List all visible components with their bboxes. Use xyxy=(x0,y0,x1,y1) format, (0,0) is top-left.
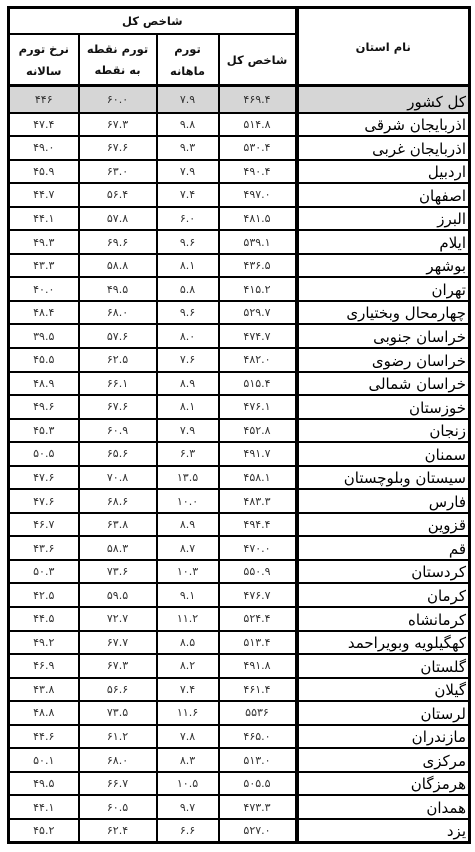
header-row-group: نام استان شاخص کل xyxy=(9,8,470,35)
province-name-cell: البرز xyxy=(297,207,470,231)
monthly-inflation-column-header: تورم ماهانه xyxy=(157,34,219,86)
annual-inflation-cell: ۴۹.۰ xyxy=(9,136,79,160)
point-inflation-cell: ۵۹.۵ xyxy=(79,583,157,607)
table-row: کرمان۴۷۶.۷۹.۱۵۹.۵۴۲.۵ xyxy=(9,583,470,607)
monthly-inflation-cell: ۹.۳ xyxy=(157,136,219,160)
province-name-cell: اذربایجان شرقی xyxy=(297,113,470,137)
province-name-cell: قم xyxy=(297,536,470,560)
table-row: گیلان۴۶۱.۴۷.۴۵۶.۶۴۳.۸ xyxy=(9,678,470,702)
point-inflation-column-header: تورم نقطه به نقطه xyxy=(79,34,157,86)
annual-inflation-cell: ۵۰.۳ xyxy=(9,560,79,584)
table-row: خراسان جنوبی۴۷۴.۷۸.۰۵۷.۶۳۹.۵ xyxy=(9,324,470,348)
province-name-cell: مرکزی xyxy=(297,748,470,772)
annual-inflation-cell: ۴۲.۵ xyxy=(9,583,79,607)
point-inflation-cell: ۷۰.۸ xyxy=(79,466,157,490)
index-cell: ۵۱۴.۸ xyxy=(219,113,297,137)
province-name-cell: قزوین xyxy=(297,513,470,537)
province-name-cell: گلستان xyxy=(297,654,470,678)
province-name-cell: ایلام xyxy=(297,230,470,254)
point-inflation-cell: ۶۷.۳ xyxy=(79,113,157,137)
table-row: مازندران۴۶۵.۰۷.۸۶۱.۲۴۴.۶ xyxy=(9,725,470,749)
index-cell: ۴۷۴.۷ xyxy=(219,324,297,348)
point-inflation-cell: ۵۶.۶ xyxy=(79,678,157,702)
province-name-cell: خوزستان xyxy=(297,395,470,419)
table-row: بوشهر۴۳۶.۵۸.۱۵۸.۸۴۳.۳ xyxy=(9,254,470,278)
index-cell: ۴۵۲.۸ xyxy=(219,419,297,443)
monthly-inflation-cell: ۱۱.۲ xyxy=(157,607,219,631)
annual-header-line2: سالانه xyxy=(10,60,78,82)
monthly-inflation-cell: ۸.۰ xyxy=(157,324,219,348)
point-inflation-cell: ۶۳.۸ xyxy=(79,513,157,537)
table-row: مرکزی۵۱۳.۰۸.۳۶۸.۰۵۰.۱ xyxy=(9,748,470,772)
monthly-inflation-cell: ۷.۹ xyxy=(157,419,219,443)
table-row: یزد۵۲۷.۰۶.۶۶۲.۴۴۵.۲ xyxy=(9,819,470,843)
annual-inflation-cell: ۴۹.۶ xyxy=(9,395,79,419)
monthly-inflation-cell: ۸.۹ xyxy=(157,513,219,537)
province-name-cell: گیلان xyxy=(297,678,470,702)
table-row: زنجان۴۵۲.۸۷.۹۶۰.۹۴۵.۳ xyxy=(9,419,470,443)
table-row: سیستان وبلوچستان۴۵۸.۱۱۳.۵۷۰.۸۴۷.۶ xyxy=(9,466,470,490)
annual-inflation-cell: ۴۳.۶ xyxy=(9,536,79,560)
province-name-cell: کهگیلویه وبویراحمد xyxy=(297,631,470,655)
point-inflation-cell: ۵۸.۳ xyxy=(79,536,157,560)
point-inflation-cell: ۷۳.۵ xyxy=(79,701,157,725)
province-name-cell: خراسان شمالی xyxy=(297,372,470,396)
monthly-inflation-cell: ۶.۶ xyxy=(157,819,219,843)
table-row: لرستان۵۵۳۶۱۱.۶۷۳.۵۴۸.۸ xyxy=(9,701,470,725)
annual-inflation-cell: ۵۰.۵ xyxy=(9,442,79,466)
annual-inflation-cell: ۴۷.۶ xyxy=(9,489,79,513)
annual-inflation-cell: ۴۰.۰ xyxy=(9,277,79,301)
monthly-inflation-cell: ۷.۶ xyxy=(157,348,219,372)
province-name-cell: چهارمحال وبختیاری xyxy=(297,301,470,325)
table-row: ایلام۵۳۹.۱۹.۶۶۹.۶۴۹.۳ xyxy=(9,230,470,254)
table-row: گلستان۴۹۱.۸۸.۲۶۷.۳۴۶.۹ xyxy=(9,654,470,678)
table-row: قم۴۷۰.۰۸.۷۵۸.۳۴۳.۶ xyxy=(9,536,470,560)
province-name-cell: اذربایجان غربی xyxy=(297,136,470,160)
province-name-cell: سیستان وبلوچستان xyxy=(297,466,470,490)
monthly-header-line2: ماهانه xyxy=(158,60,218,82)
annual-inflation-cell: ۴۴۶ xyxy=(9,86,79,113)
table-row: خراسان رضوی۴۸۲.۰۷.۶۶۲.۵۴۵.۵ xyxy=(9,348,470,372)
table-row: کهگیلویه وبویراحمد۵۱۳.۴۸.۵۶۷.۷۴۹.۲ xyxy=(9,631,470,655)
monthly-inflation-cell: ۸.۵ xyxy=(157,631,219,655)
index-cell: ۵۲۷.۰ xyxy=(219,819,297,843)
annual-inflation-cell: ۳۹.۵ xyxy=(9,324,79,348)
point-inflation-cell: ۶۱.۲ xyxy=(79,725,157,749)
monthly-inflation-cell: ۱۰.۳ xyxy=(157,560,219,584)
table-row: کردستان۵۵۰.۹۱۰.۳۷۳.۶۵۰.۳ xyxy=(9,560,470,584)
index-cell: ۴۷۶.۱ xyxy=(219,395,297,419)
point-inflation-cell: ۶۸.۶ xyxy=(79,489,157,513)
province-name-cell: اصفهان xyxy=(297,183,470,207)
point-inflation-cell: ۶۲.۴ xyxy=(79,819,157,843)
province-name-cell: بوشهر xyxy=(297,254,470,278)
table-row: البرز۴۸۱.۵۶.۰۵۷.۸۴۴.۱ xyxy=(9,207,470,231)
monthly-inflation-cell: ۸.۱ xyxy=(157,254,219,278)
index-cell: ۴۶۵.۰ xyxy=(219,725,297,749)
point-header-line1: تورم نقطه xyxy=(80,39,156,59)
index-cell: ۴۸۲.۰ xyxy=(219,348,297,372)
annual-inflation-cell: ۴۹.۳ xyxy=(9,230,79,254)
annual-inflation-cell: ۴۶.۷ xyxy=(9,513,79,537)
index-cell: ۴۹۱.۸ xyxy=(219,654,297,678)
index-cell: ۴۱۵.۲ xyxy=(219,277,297,301)
index-cell: ۴۳۶.۵ xyxy=(219,254,297,278)
annual-inflation-cell: ۴۸.۴ xyxy=(9,301,79,325)
index-cell: ۴۸۱.۵ xyxy=(219,207,297,231)
annual-inflation-cell: ۴۷.۴ xyxy=(9,113,79,137)
monthly-inflation-cell: ۷.۴ xyxy=(157,183,219,207)
point-inflation-cell: ۶۷.۳ xyxy=(79,654,157,678)
point-header-line2: به نقطه xyxy=(80,59,156,81)
monthly-inflation-cell: ۹.۶ xyxy=(157,301,219,325)
index-cell: ۴۶۹.۴ xyxy=(219,86,297,113)
province-name-cell: کردستان xyxy=(297,560,470,584)
province-name-cell: لرستان xyxy=(297,701,470,725)
index-cell: ۴۶۱.۴ xyxy=(219,678,297,702)
total-index-group-header: شاخص کل xyxy=(9,8,297,35)
table-row: فارس۴۸۳.۳۱۰.۰۶۸.۶۴۷.۶ xyxy=(9,489,470,513)
point-inflation-cell: ۵۷.۶ xyxy=(79,324,157,348)
point-inflation-cell: ۶۷.۶ xyxy=(79,136,157,160)
province-name-cell: سمنان xyxy=(297,442,470,466)
index-cell: ۴۹۷.۰ xyxy=(219,183,297,207)
table-row: اذربایجان غربی۵۳۰.۴۹.۳۶۷.۶۴۹.۰ xyxy=(9,136,470,160)
inflation-table: نام استان شاخص کل شاخص کل تورم ماهانه تو… xyxy=(7,6,471,844)
annual-inflation-cell: ۴۵.۲ xyxy=(9,819,79,843)
table-row: تهران۴۱۵.۲۵.۸۴۹.۵۴۰.۰ xyxy=(9,277,470,301)
index-cell: ۴۷۳.۳ xyxy=(219,795,297,819)
annual-inflation-cell: ۴۵.۳ xyxy=(9,419,79,443)
annual-inflation-cell: ۴۶.۹ xyxy=(9,654,79,678)
table-row: قزوین۴۹۴.۴۸.۹۶۳.۸۴۶.۷ xyxy=(9,513,470,537)
province-name-cell: تهران xyxy=(297,277,470,301)
annual-inflation-cell: ۴۴.۷ xyxy=(9,183,79,207)
table-row: خوزستان۴۷۶.۱۸.۱۶۷.۶۴۹.۶ xyxy=(9,395,470,419)
annual-inflation-cell: ۴۸.۸ xyxy=(9,701,79,725)
index-cell: ۵۱۳.۰ xyxy=(219,748,297,772)
table-row-country-total: کل کشور۴۶۹.۴۷.۹۶۰.۰۴۴۶ xyxy=(9,86,470,113)
annual-inflation-cell: ۴۸.۹ xyxy=(9,372,79,396)
index-cell: ۴۹۱.۷ xyxy=(219,442,297,466)
monthly-inflation-cell: ۸.۲ xyxy=(157,654,219,678)
index-cell: ۵۵۰.۹ xyxy=(219,560,297,584)
index-cell: ۴۷۰.۰ xyxy=(219,536,297,560)
point-inflation-cell: ۶۹.۶ xyxy=(79,230,157,254)
province-name-cell: مازندران xyxy=(297,725,470,749)
province-name-header: نام استان xyxy=(297,8,470,86)
province-name-cell: زنجان xyxy=(297,419,470,443)
annual-inflation-cell: ۴۳.۳ xyxy=(9,254,79,278)
index-cell: ۴۵۸.۱ xyxy=(219,466,297,490)
monthly-inflation-cell: ۹.۱ xyxy=(157,583,219,607)
province-name-cell: کرمانشاه xyxy=(297,607,470,631)
table-row: همدان۴۷۳.۳۹.۷۶۰.۵۴۴.۱ xyxy=(9,795,470,819)
annual-inflation-cell: ۴۴.۶ xyxy=(9,725,79,749)
point-inflation-cell: ۶۸.۰ xyxy=(79,748,157,772)
annual-header-line1: نرخ تورم xyxy=(10,38,78,60)
annual-inflation-column-header: نرخ تورم سالانه xyxy=(9,34,79,86)
annual-inflation-cell: ۴۵.۵ xyxy=(9,348,79,372)
monthly-inflation-cell: ۹.۶ xyxy=(157,230,219,254)
table-header: نام استان شاخص کل شاخص کل تورم ماهانه تو… xyxy=(9,8,470,86)
point-inflation-cell: ۵۶.۴ xyxy=(79,183,157,207)
index-cell: ۵۳۰.۴ xyxy=(219,136,297,160)
monthly-inflation-cell: ۱۱.۶ xyxy=(157,701,219,725)
monthly-inflation-cell: ۷.۸ xyxy=(157,725,219,749)
table-row: کرمانشاه۵۲۴.۴۱۱.۲۷۲.۷۴۴.۵ xyxy=(9,607,470,631)
point-inflation-cell: ۶۰.۰ xyxy=(79,86,157,113)
point-inflation-cell: ۶۵.۶ xyxy=(79,442,157,466)
province-name-cell: هرمزگان xyxy=(297,772,470,796)
annual-inflation-cell: ۴۹.۲ xyxy=(9,631,79,655)
index-cell: ۴۹۴.۴ xyxy=(219,513,297,537)
index-cell: ۵۳۹.۱ xyxy=(219,230,297,254)
table-row: اردبیل۴۹۰.۴۷.۹۶۳.۰۴۵.۹ xyxy=(9,160,470,184)
table-row: چهارمحال وبختیاری۵۲۹.۷۹.۶۶۸.۰۴۸.۴ xyxy=(9,301,470,325)
monthly-inflation-cell: ۱۳.۵ xyxy=(157,466,219,490)
index-column-header: شاخص کل xyxy=(219,34,297,86)
monthly-inflation-cell: ۵.۸ xyxy=(157,277,219,301)
monthly-inflation-cell: ۹.۷ xyxy=(157,795,219,819)
point-inflation-cell: ۶۰.۵ xyxy=(79,795,157,819)
province-name-cell: خراسان رضوی xyxy=(297,348,470,372)
index-cell: ۴۹۰.۴ xyxy=(219,160,297,184)
index-cell: ۵۰۵.۵ xyxy=(219,772,297,796)
monthly-inflation-cell: ۹.۸ xyxy=(157,113,219,137)
monthly-inflation-cell: ۱۰.۰ xyxy=(157,489,219,513)
point-inflation-cell: ۶۳.۰ xyxy=(79,160,157,184)
monthly-inflation-cell: ۶.۰ xyxy=(157,207,219,231)
annual-inflation-cell: ۴۳.۸ xyxy=(9,678,79,702)
table-row: هرمزگان۵۰۵.۵۱۰.۵۶۶.۷۴۹.۵ xyxy=(9,772,470,796)
annual-inflation-cell: ۴۹.۵ xyxy=(9,772,79,796)
point-inflation-cell: ۷۲.۷ xyxy=(79,607,157,631)
annual-inflation-cell: ۴۵.۹ xyxy=(9,160,79,184)
annual-inflation-cell: ۵۰.۱ xyxy=(9,748,79,772)
index-cell: ۴۷۶.۷ xyxy=(219,583,297,607)
province-name-cell: کل کشور xyxy=(297,86,470,113)
province-name-cell: اردبیل xyxy=(297,160,470,184)
index-cell: ۵۱۳.۴ xyxy=(219,631,297,655)
province-name-cell: یزد xyxy=(297,819,470,843)
annual-inflation-cell: ۴۴.۱ xyxy=(9,207,79,231)
point-inflation-cell: ۵۸.۸ xyxy=(79,254,157,278)
table-row: اصفهان۴۹۷.۰۷.۴۵۶.۴۴۴.۷ xyxy=(9,183,470,207)
point-inflation-cell: ۶۷.۷ xyxy=(79,631,157,655)
monthly-inflation-cell: ۱۰.۵ xyxy=(157,772,219,796)
table-row: اذربایجان شرقی۵۱۴.۸۹.۸۶۷.۳۴۷.۴ xyxy=(9,113,470,137)
annual-inflation-cell: ۴۷.۶ xyxy=(9,466,79,490)
table-body: کل کشور۴۶۹.۴۷.۹۶۰.۰۴۴۶اذربایجان شرقی۵۱۴.… xyxy=(9,86,470,843)
index-header-line1: شاخص کل xyxy=(220,49,295,71)
province-name-cell: کرمان xyxy=(297,583,470,607)
point-inflation-cell: ۶۰.۹ xyxy=(79,419,157,443)
point-inflation-cell: ۶۶.۱ xyxy=(79,372,157,396)
index-cell: ۵۲۴.۴ xyxy=(219,607,297,631)
monthly-inflation-cell: ۸.۹ xyxy=(157,372,219,396)
point-inflation-cell: ۶۶.۷ xyxy=(79,772,157,796)
monthly-inflation-cell: ۷.۴ xyxy=(157,678,219,702)
monthly-inflation-cell: ۸.۷ xyxy=(157,536,219,560)
monthly-inflation-cell: ۶.۳ xyxy=(157,442,219,466)
annual-inflation-cell: ۴۴.۱ xyxy=(9,795,79,819)
monthly-inflation-cell: ۷.۹ xyxy=(157,160,219,184)
table-row: سمنان۴۹۱.۷۶.۳۶۵.۶۵۰.۵ xyxy=(9,442,470,466)
index-cell: ۵۲۹.۷ xyxy=(219,301,297,325)
index-cell: ۵۱۵.۴ xyxy=(219,372,297,396)
province-name-cell: خراسان جنوبی xyxy=(297,324,470,348)
point-inflation-cell: ۶۸.۰ xyxy=(79,301,157,325)
point-inflation-cell: ۴۹.۵ xyxy=(79,277,157,301)
table-row: خراسان شمالی۵۱۵.۴۸.۹۶۶.۱۴۸.۹ xyxy=(9,372,470,396)
point-inflation-cell: ۶۷.۶ xyxy=(79,395,157,419)
point-inflation-cell: ۶۲.۵ xyxy=(79,348,157,372)
monthly-inflation-cell: ۷.۹ xyxy=(157,86,219,113)
index-cell: ۵۵۳۶ xyxy=(219,701,297,725)
annual-inflation-cell: ۴۴.۵ xyxy=(9,607,79,631)
index-cell: ۴۸۳.۳ xyxy=(219,489,297,513)
point-inflation-cell: ۷۳.۶ xyxy=(79,560,157,584)
monthly-inflation-cell: ۸.۳ xyxy=(157,748,219,772)
province-name-cell: فارس xyxy=(297,489,470,513)
point-inflation-cell: ۵۷.۸ xyxy=(79,207,157,231)
monthly-header-line1: تورم xyxy=(158,38,218,60)
province-name-cell: همدان xyxy=(297,795,470,819)
monthly-inflation-cell: ۸.۱ xyxy=(157,395,219,419)
